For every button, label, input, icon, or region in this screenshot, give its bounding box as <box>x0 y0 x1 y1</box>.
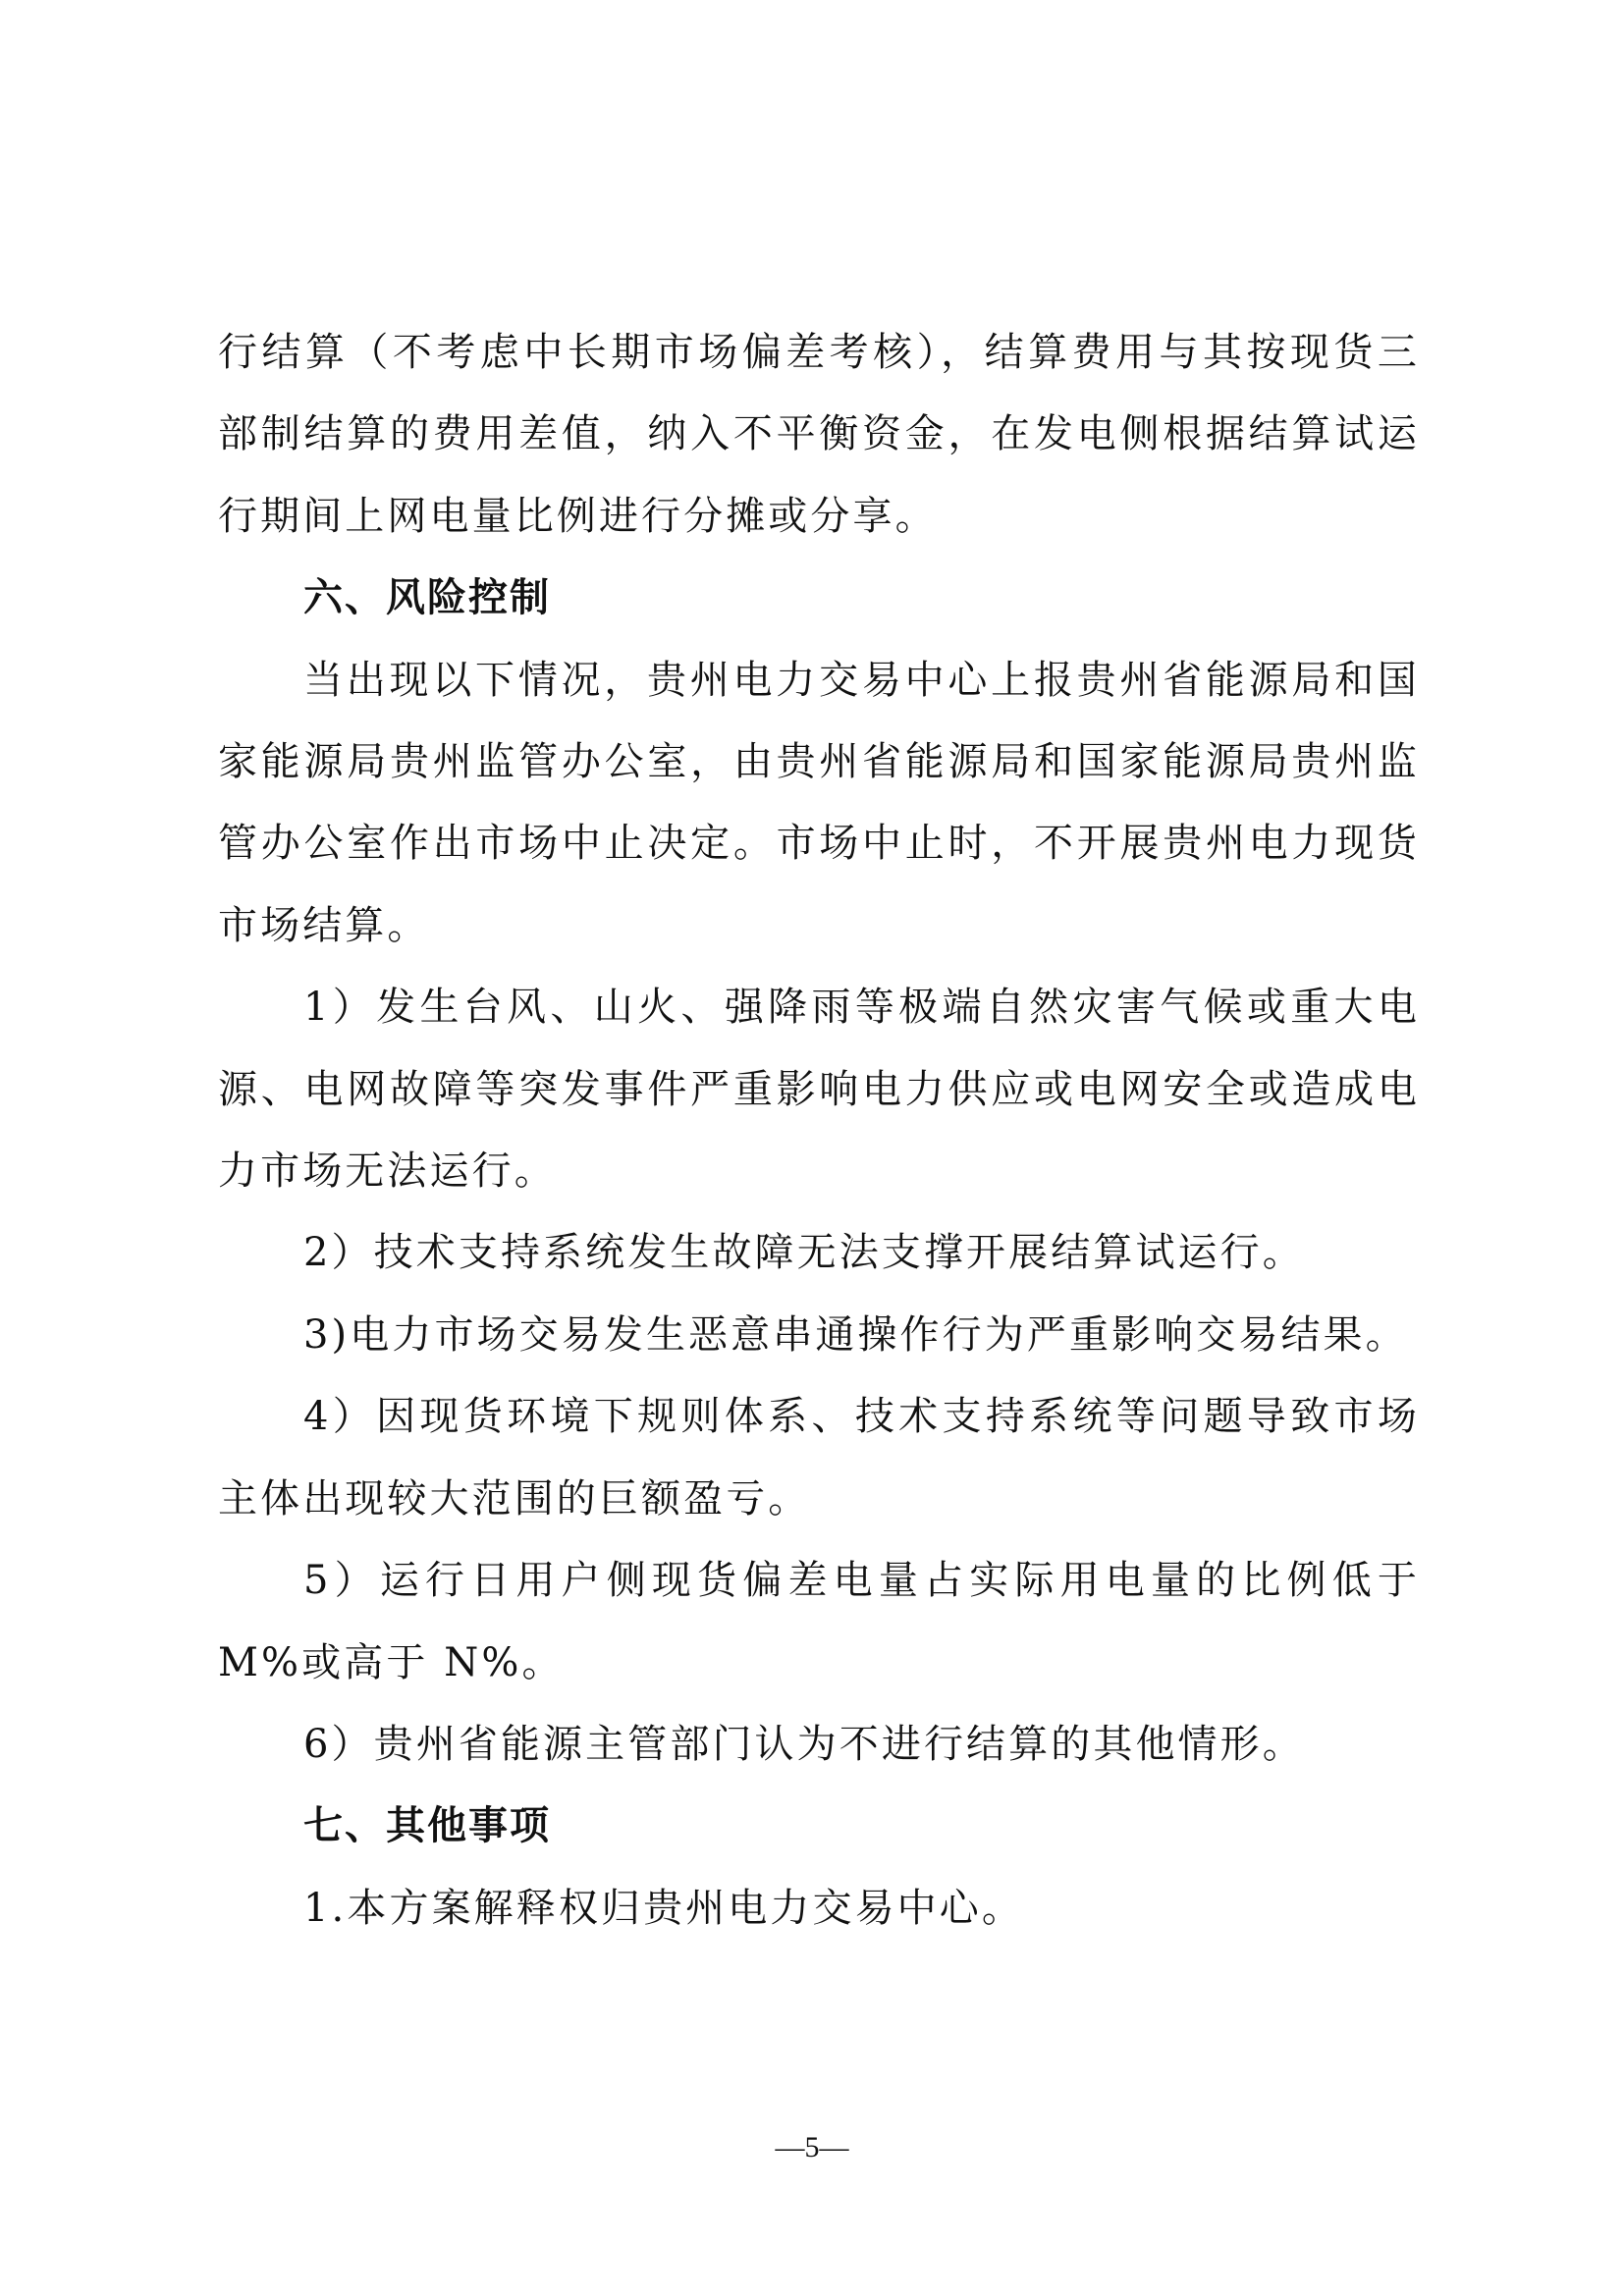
section-heading-other-matters: 七、其他事项 <box>218 1786 1420 1867</box>
list-item-4: 4）因现货环境下规则体系、技术支持系统等问题导致市场主体出现较大范围的巨额盈亏。 <box>218 1376 1420 1540</box>
document-body: 行结算（不考虑中长期市场偏差考核），结算费用与其按现货三部制结算的费用差值，纳入… <box>218 312 1420 1949</box>
list-item-2: 2）技术支持系统发生故障无法支撑开展结算试运行。 <box>218 1212 1420 1294</box>
list-item-3: 3)电力市场交易发生恶意串通操作行为严重影响交易结果。 <box>218 1295 1420 1376</box>
page-number: —5— <box>0 2128 1624 2167</box>
list-item-6: 6）贵州省能源主管部门认为不进行结算的其他情形。 <box>218 1704 1420 1786</box>
paragraph-settlement-continuation: 行结算（不考虑中长期市场偏差考核），结算费用与其按现货三部制结算的费用差值，纳入… <box>218 312 1420 558</box>
section-heading-risk-control: 六、风险控制 <box>218 558 1420 639</box>
paragraph-risk-intro: 当出现以下情况，贵州电力交易中心上报贵州省能源局和国家能源局贵州监管办公室，由贵… <box>218 640 1420 968</box>
list-item-1: 1）发生台风、山火、强降雨等极端自然灾害气候或重大电源、电网故障等突发事件严重影… <box>218 967 1420 1212</box>
paragraph-interpretation-right: 1.本方案解释权归贵州电力交易中心。 <box>218 1868 1420 1949</box>
list-item-5: 5）运行日用户侧现货偏差电量占实际用电量的比例低于 M%或高于 N%。 <box>218 1540 1420 1704</box>
